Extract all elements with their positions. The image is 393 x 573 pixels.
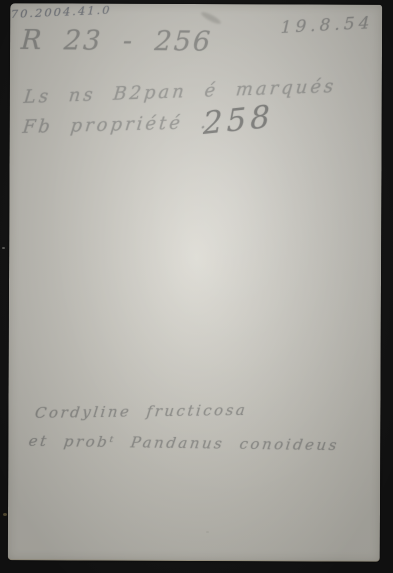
scan-background: 70.2004.41.0 R 23 - 256 19.8.54 Ls ns B2… <box>0 0 393 573</box>
species-name-line-1: Cordyline fructicosa <box>34 401 248 422</box>
roll-reference: R 23 - 256 <box>20 25 213 58</box>
photo-number: 258 <box>203 99 274 143</box>
dust-speck <box>2 247 5 249</box>
dust-speck <box>3 513 7 516</box>
dust-speck <box>206 531 209 533</box>
